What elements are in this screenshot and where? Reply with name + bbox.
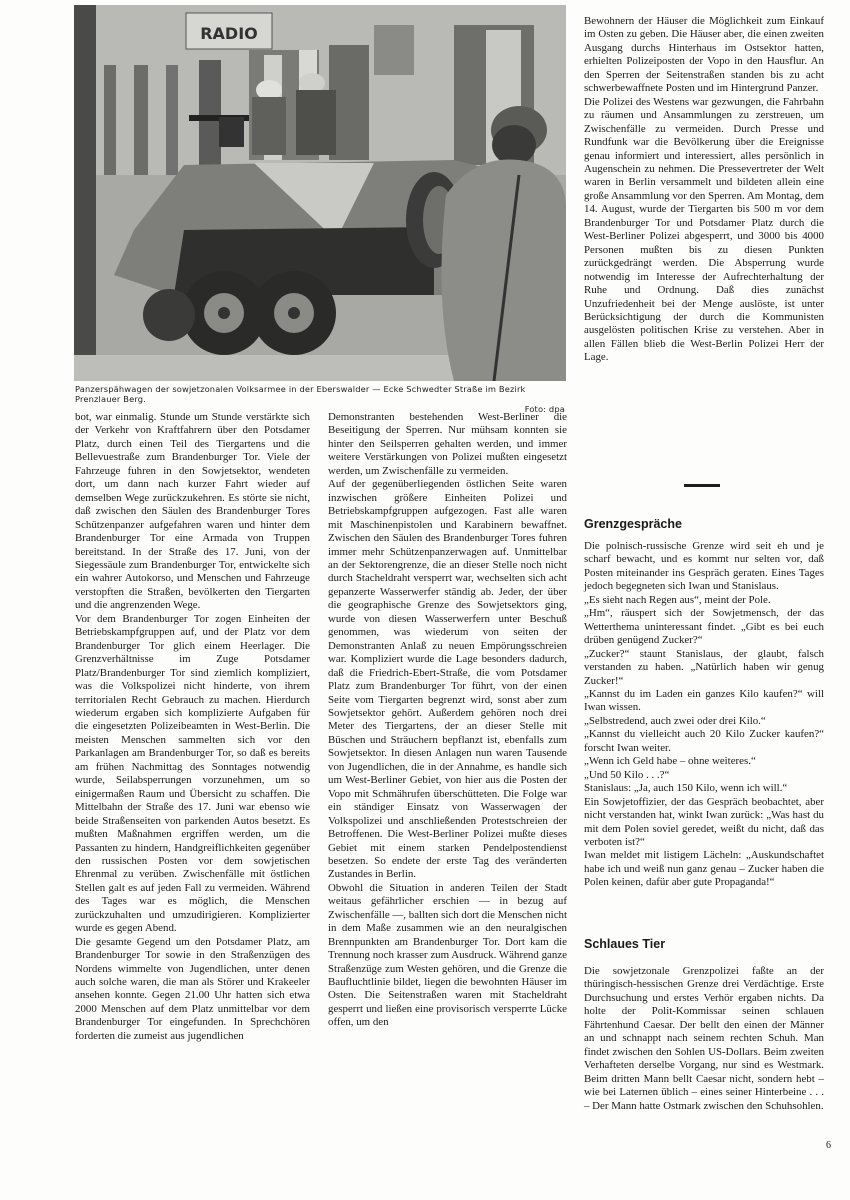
dialogue-line: Stanislaus: „Ja, auch 150 Kilo, wenn ich… <box>584 782 824 795</box>
paragraph: Die Polizei des Westens war gezwungen, d… <box>584 96 824 365</box>
paragraph: Die gesamte Gegend um den Potsdamer Plat… <box>75 936 310 1044</box>
radio-sign-text: RADIO <box>200 24 258 43</box>
section-heading-schlaues-tier: Schlaues Tier <box>584 937 665 951</box>
section-heading-grenzgespraeche: Grenzgespräche <box>584 517 682 531</box>
paragraph: Auf der gegenüberliegenden östlichen Sei… <box>328 478 567 882</box>
paragraph: Iwan meldet mit listigem Lächeln: „Ausku… <box>584 849 824 889</box>
dialogue-line: „Selbstredend, auch zwei oder drei Kilo.… <box>584 715 824 728</box>
paragraph: Die sowjetzonale Grenzpolizei faßte an d… <box>584 965 824 1113</box>
dialogue-line: „Es sieht nach Regen aus“, meint der Pol… <box>584 594 824 607</box>
photo-caption: Panzerspähwagen der sowjetzonalen Volksa… <box>75 384 565 414</box>
article-right-column: Bewohnern der Häuser die Möglichkeit zum… <box>584 15 824 365</box>
article-middle-column: Demonstranten bestehenden West-Berliner … <box>328 411 567 1030</box>
section-schlaues-tier-body: Die sowjetzonale Grenzpolizei faßte an d… <box>584 965 824 1113</box>
section-grenzgespraeche-body: Die polnisch-russische Grenze wird seit … <box>584 540 824 890</box>
dialogue-line: „Hm“, räuspert sich der Sowjetmensch, de… <box>584 607 824 647</box>
paragraph: Die polnisch-russische Grenze wird seit … <box>584 540 824 594</box>
dialogue-line: „Kannst du im Laden ein ganzes Kilo kauf… <box>584 688 824 715</box>
section-divider <box>684 484 720 487</box>
dialogue-line: „Kannst du vielleicht auch 20 Kilo Zucke… <box>584 728 824 755</box>
dialogue-line: „Und 50 Kilo . . .?“ <box>584 769 824 782</box>
paragraph: Ein Sowjetoffizier, der das Gespräch beo… <box>584 796 824 850</box>
paragraph: Bewohnern der Häuser die Möglichkeit zum… <box>584 15 824 96</box>
dialogue-line: „Wenn ich Geld habe – ohne weiteres.“ <box>584 755 824 768</box>
dialogue-line: „Zucker?“ staunt Stanislaus, der glaubt,… <box>584 648 824 688</box>
article-left-column: bot, war einmalig. Stunde um Stunde vers… <box>75 411 310 1043</box>
armored-car-photo-illustration: RADIO <box>74 5 566 381</box>
paragraph: Vor dem Brandenburger Tor zogen Einheite… <box>75 613 310 936</box>
paragraph: Obwohl die Situation in anderen Teilen d… <box>328 882 567 1030</box>
page-number: 6 <box>826 1140 831 1151</box>
caption-text: Panzerspähwagen der sowjetzonalen Volksa… <box>75 384 526 404</box>
news-photo-armored-car: RADIO <box>74 5 566 381</box>
paragraph: Demonstranten bestehenden West-Berliner … <box>328 411 567 478</box>
paragraph: bot, war einmalig. Stunde um Stunde vers… <box>75 411 310 613</box>
